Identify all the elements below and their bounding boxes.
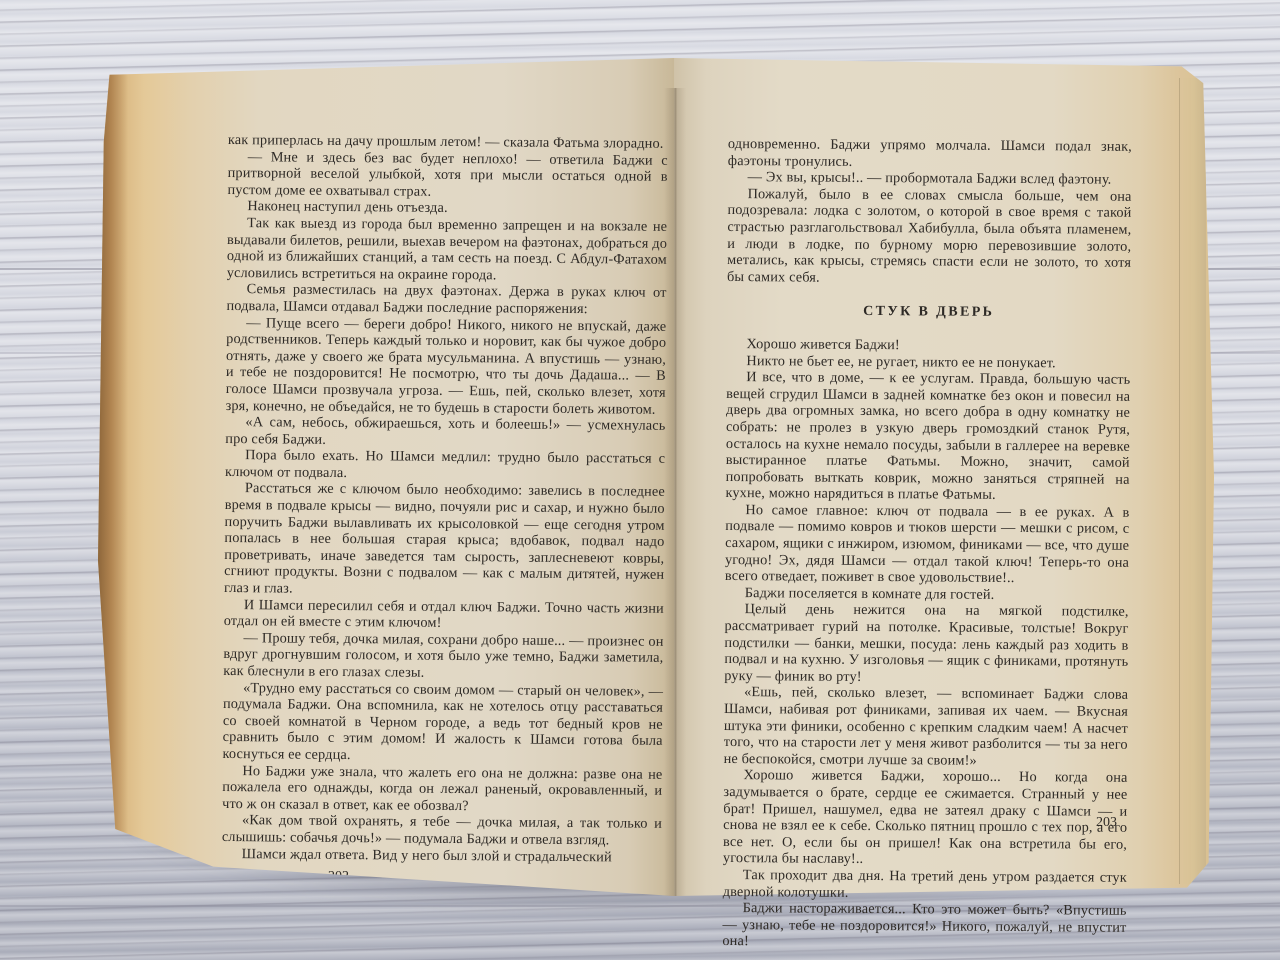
paragraph: — Прошу тебя, дочка милая, сохрани добро… [223,630,663,684]
paragraph: Баджи настораживается... Кто это может б… [722,900,1126,953]
paragraph: одновременно. Баджи упрямо молчала. Шамс… [728,136,1132,172]
left-page-text: как приперлась на дачу прошлым летом! — … [222,132,668,866]
chapter-title: СТУК В ДВЕРЬ [727,303,1131,322]
left-page: как приперлась на дачу прошлым летом! — … [98,58,674,896]
right-page-text: одновременно. Баджи упрямо молчала. Шамс… [722,136,1132,953]
paragraph: «А сам, небось, обжираешься, хоть и боле… [225,414,665,451]
page-number-right: 203 [1096,815,1117,831]
paragraph: — Мне и здесь без вас будет неплохо! — о… [227,149,667,203]
paragraph: Шамси ждал ответа. Вид у него был злой и… [222,846,662,866]
paragraph: «Как дом твой охранять, я тебе — дочка м… [222,812,662,849]
book-gutter [664,88,686,896]
paragraph: Так проходит два дня. На третий день утр… [723,867,1127,903]
paragraph: Но Баджи уже знала, что жалеть его она н… [222,763,662,817]
page-number-left: 202 [328,869,349,885]
open-book: как приперлась на дачу прошлым летом! — … [98,58,1214,896]
paragraph: И все, что в доме, — к ее услугам. Правд… [725,369,1130,505]
paragraph: Расстаться же с ключом было необходимо: … [224,480,665,600]
paragraph: «Трудно ему расстаться со своим домом — … [222,680,663,767]
paragraph: Так как выезд из города был временно зап… [227,215,668,285]
paragraph: Хорошо живется Баджи, хорошо... Но когда… [723,767,1128,869]
page-edge-stack [1179,78,1206,884]
paragraph: И Шамси пересилил себя и отдал ключ Бадж… [224,597,664,634]
paragraph: Пожалуй, было в ее словах смысла больше,… [727,186,1132,288]
paragraph: Пора было ехать. Но Шамси медлил: трудно… [225,447,665,484]
paragraph: Семья разместилась на двух фаэтонах. Дер… [226,281,666,318]
paragraph: «Ешь, пей, сколько влезет, — вспоминает … [724,684,1129,770]
paragraph: Но самое главное: ключ от подвала — в ее… [725,502,1130,588]
paragraph: Целый день нежится она на мягкой подстил… [724,601,1129,687]
paragraph: — Пуще всего — береги добро! Никого, ник… [226,315,667,418]
